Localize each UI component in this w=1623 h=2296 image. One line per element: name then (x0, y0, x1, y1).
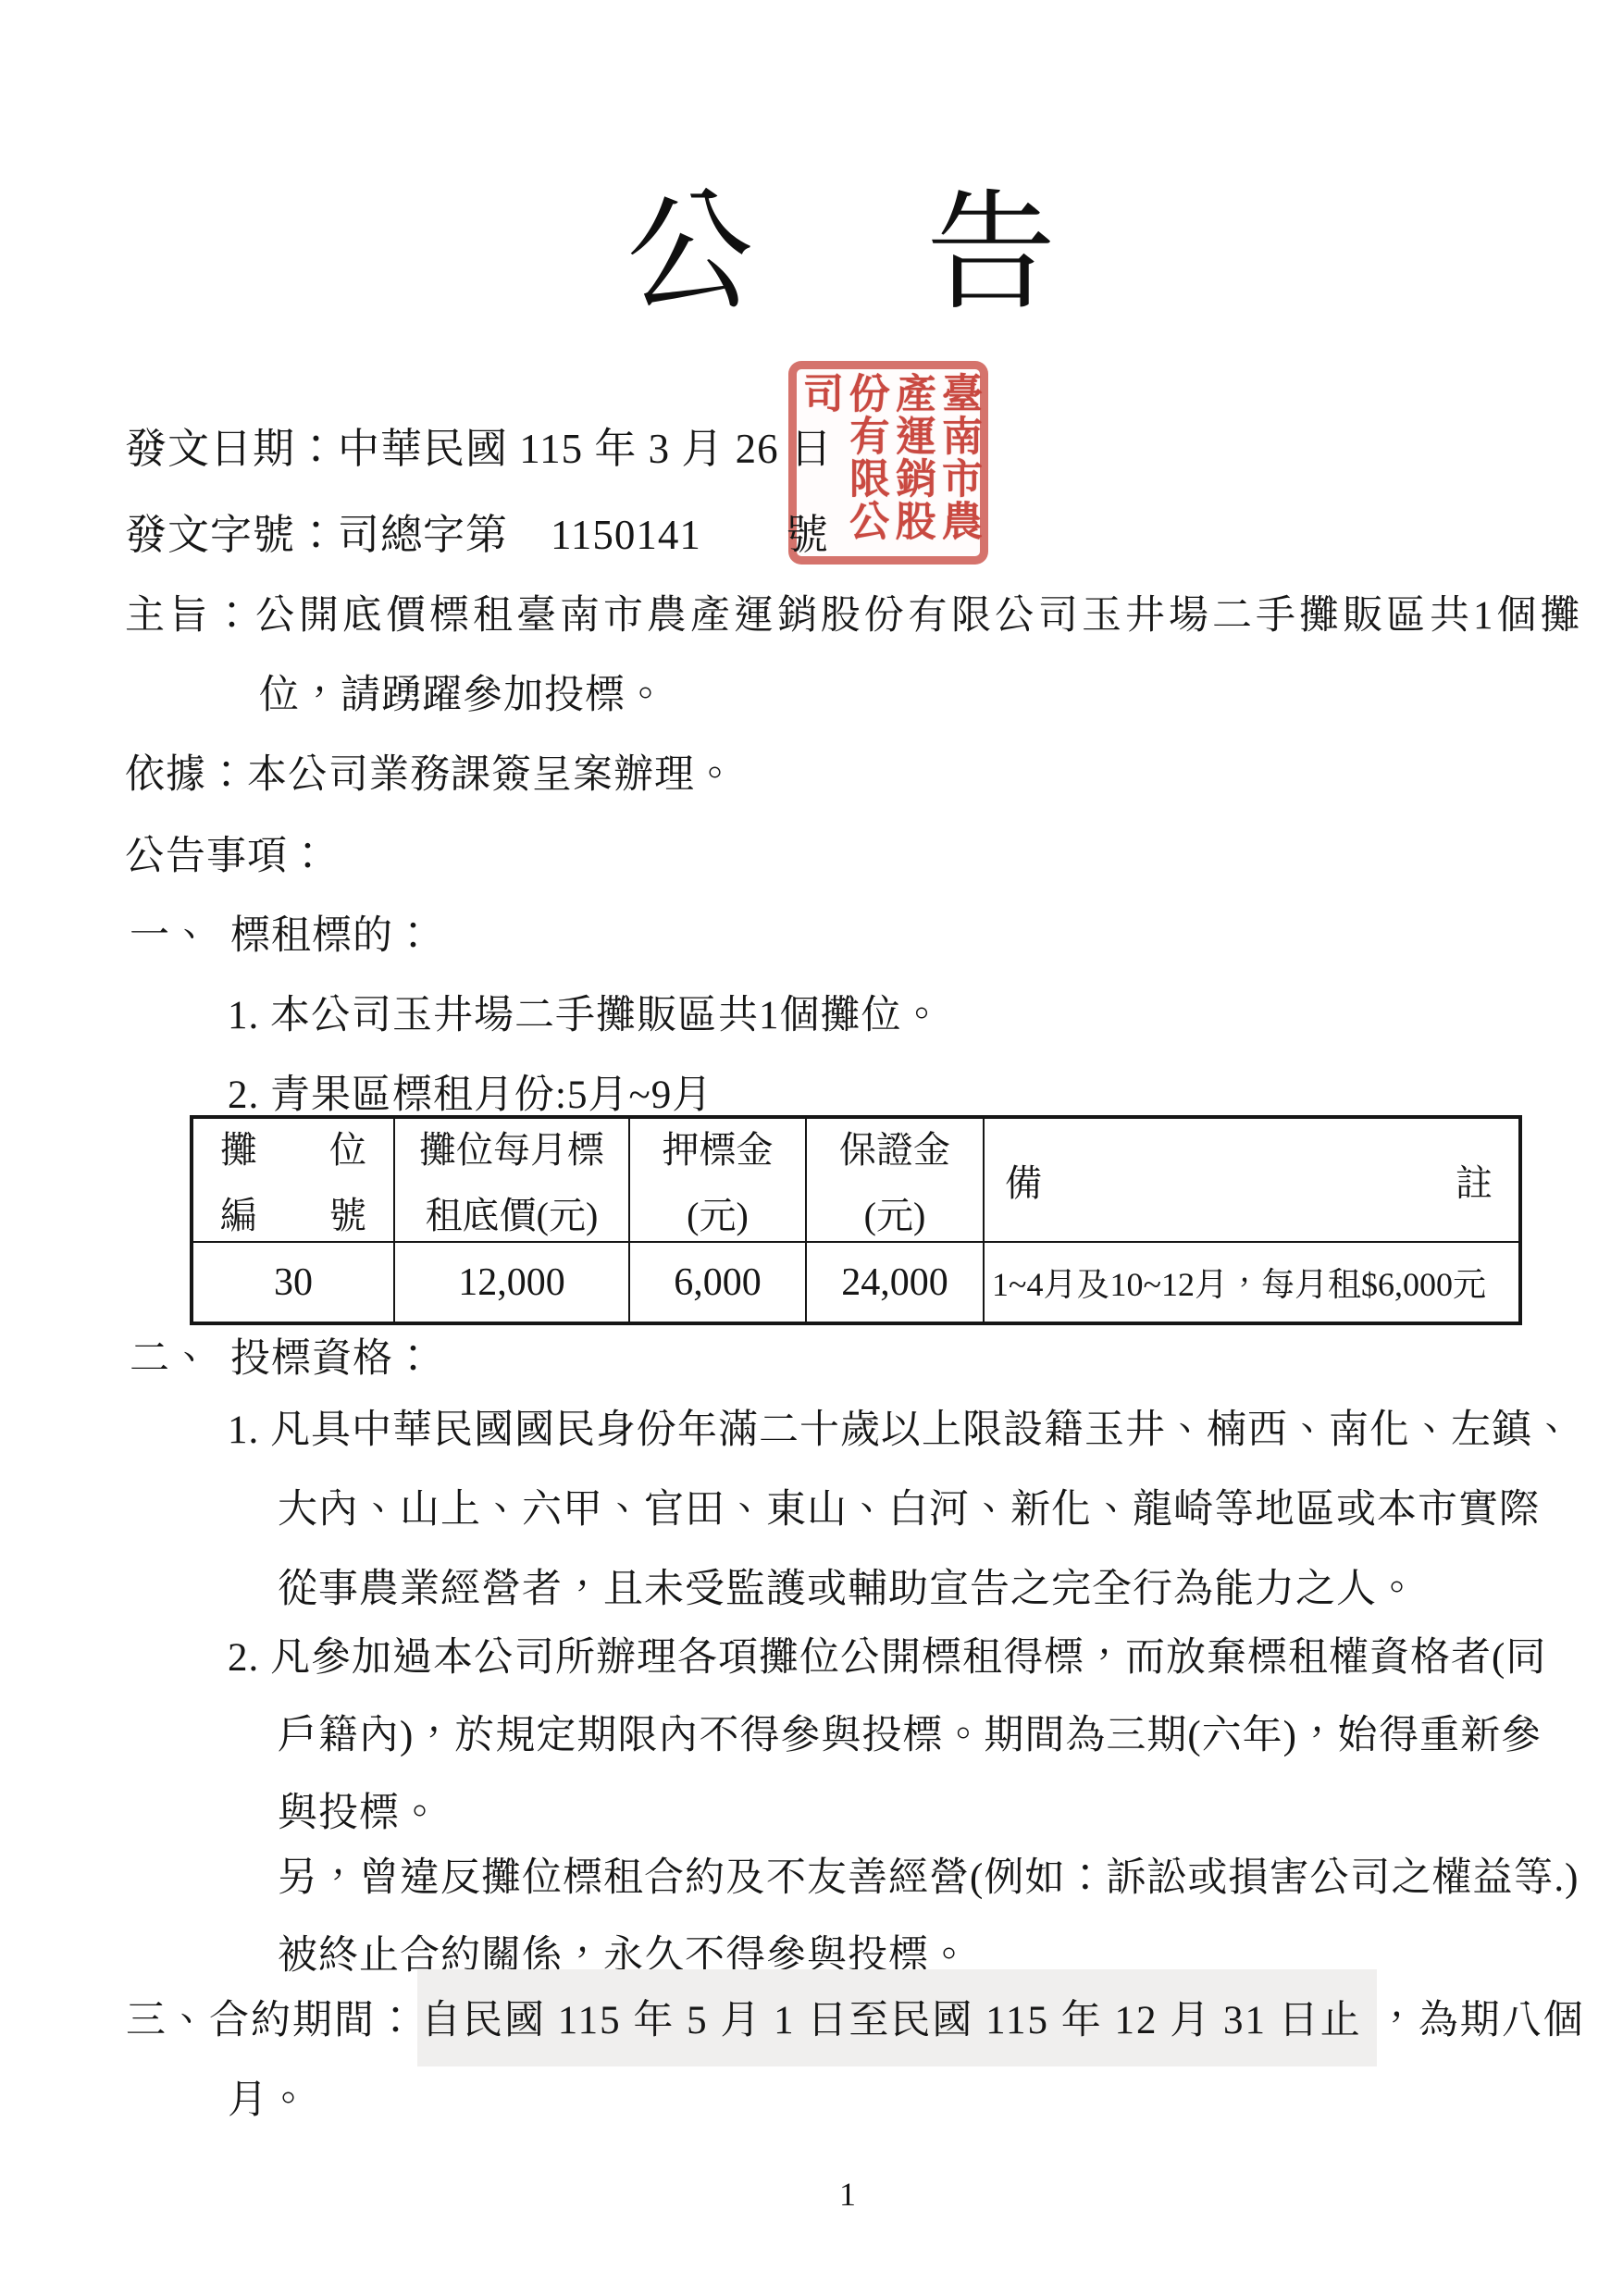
section1-number: 一、 (130, 914, 211, 958)
section3-heading: 三、合約期間：自民國 115 年 5 月 1 日至民國 115 年 12 月 3… (126, 1997, 1585, 2045)
table-header-guarantee: 保證金 (元) (806, 1117, 984, 1242)
header-line: 押標金 (663, 1121, 774, 1173)
header-line: 租底價(元) (426, 1186, 599, 1239)
section2-number: 二、 (130, 1337, 211, 1381)
section1-item1: 1. 本公司玉井場二手攤販區共1個攤位。 (228, 992, 943, 1040)
section3-line2: 月。 (228, 2077, 309, 2125)
section3-prefix: 三、合約期間： (126, 1999, 417, 2042)
header-line: (元) (687, 1186, 749, 1239)
cell-monthly-base-rent: 12,000 (394, 1242, 629, 1323)
announcement-document-page: 公 告 臺南市農產運銷股份有限公司 發文日期：中華民國 115 年 3 月 26… (0, 0, 1623, 2296)
subject-line-2: 位，請踴躍參加投標。 (259, 672, 666, 720)
header-char: 備 (1005, 1154, 1042, 1207)
table-data-row: 30 12,000 6,000 24,000 1~4月及10~12月，每月租$6… (192, 1242, 1520, 1323)
header-char: 攤 (220, 1121, 257, 1173)
section1-heading: 一、標租標的： (130, 912, 434, 961)
issue-date-line: 發文日期：中華民國 115 年 3 月 26 日 (125, 424, 833, 474)
table-header-row: 攤位 編號 攤位每月標 租底價(元) 押標金 (元) (192, 1117, 1520, 1242)
header-char: 位 (329, 1121, 366, 1173)
section2-item2-line3: 與投標。 (278, 1790, 440, 1838)
section1-item2: 2. 青果區標租月份:5月~9月 (228, 1072, 712, 1120)
header-char: 註 (1456, 1154, 1493, 1207)
section1-title: 標租標的： (230, 914, 434, 958)
header-line: 攤位每月標 (419, 1121, 604, 1173)
table-header-stall-number: 攤位 編號 (192, 1117, 394, 1242)
cell-guarantee: 24,000 (806, 1242, 984, 1323)
table-header-remark: 備 註 (984, 1117, 1520, 1242)
section2-item1-line3: 從事農業經營者，且未受監護或輔助宣告之完全行為能力之人。 (278, 1566, 1418, 1614)
subject-line-1: 主旨：公開底價標租臺南市農產運銷股份有限公司玉井場二手攤販區共1個攤 (125, 592, 1584, 640)
section3-highlighted-period: 自民國 115 年 5 月 1 日至民國 115 年 12 月 31 日止 (417, 1969, 1377, 2066)
section2-title: 投標資格： (230, 1337, 434, 1381)
section2-note-line1: 另，曾違反攤位標租合約及不友善經營(例如：訴訟或損害公司之權益等.) (278, 1855, 1579, 1903)
header-char: 編 (220, 1186, 257, 1239)
section3-suffix: ，為期八個 (1377, 1999, 1585, 2042)
basis-line: 依據：本公司業務課簽呈案辦理。 (125, 751, 736, 800)
header-line: (元) (864, 1186, 926, 1239)
issue-number-line: 發文字號：司總字第 1150141 號 (125, 510, 829, 560)
table-header-bid-bond: 押標金 (元) (629, 1117, 806, 1242)
section2-item1-line1: 1. 凡具中華民國國民身份年滿二十歲以上限設籍玉井、楠西、南化、左鎮、 (228, 1407, 1573, 1455)
page-number: 1 (0, 2175, 1623, 2214)
table-header-monthly-base-rent: 攤位每月標 租底價(元) (394, 1117, 629, 1242)
document-title: 公 告 (0, 183, 1623, 326)
cell-remark: 1~4月及10~12月，每月租$6,000元 (984, 1242, 1520, 1323)
header-char: 號 (329, 1186, 366, 1239)
section2-item2-line1: 2. 凡參加過本公司所辦理各項攤位公開標租得標，而放棄標租權資格者(同 (228, 1634, 1546, 1682)
stall-bid-table: 攤位 編號 攤位每月標 租底價(元) 押標金 (元) (190, 1115, 1522, 1325)
cell-stall-number: 30 (192, 1242, 394, 1323)
cell-bid-bond: 6,000 (629, 1242, 806, 1323)
section2-item1-line2: 大內、山上、六甲、官田、東山、白河、新化、龍崎等地區或本市實際 (278, 1486, 1540, 1534)
section2-heading: 二、投標資格： (130, 1335, 434, 1384)
header-line: 保證金 (839, 1121, 950, 1173)
section2-item2-line2: 戶籍內)，於規定期限內不得參與投標。期間為三期(六年)，始得重新參 (278, 1712, 1542, 1760)
items-heading: 公告事項： (125, 833, 328, 881)
